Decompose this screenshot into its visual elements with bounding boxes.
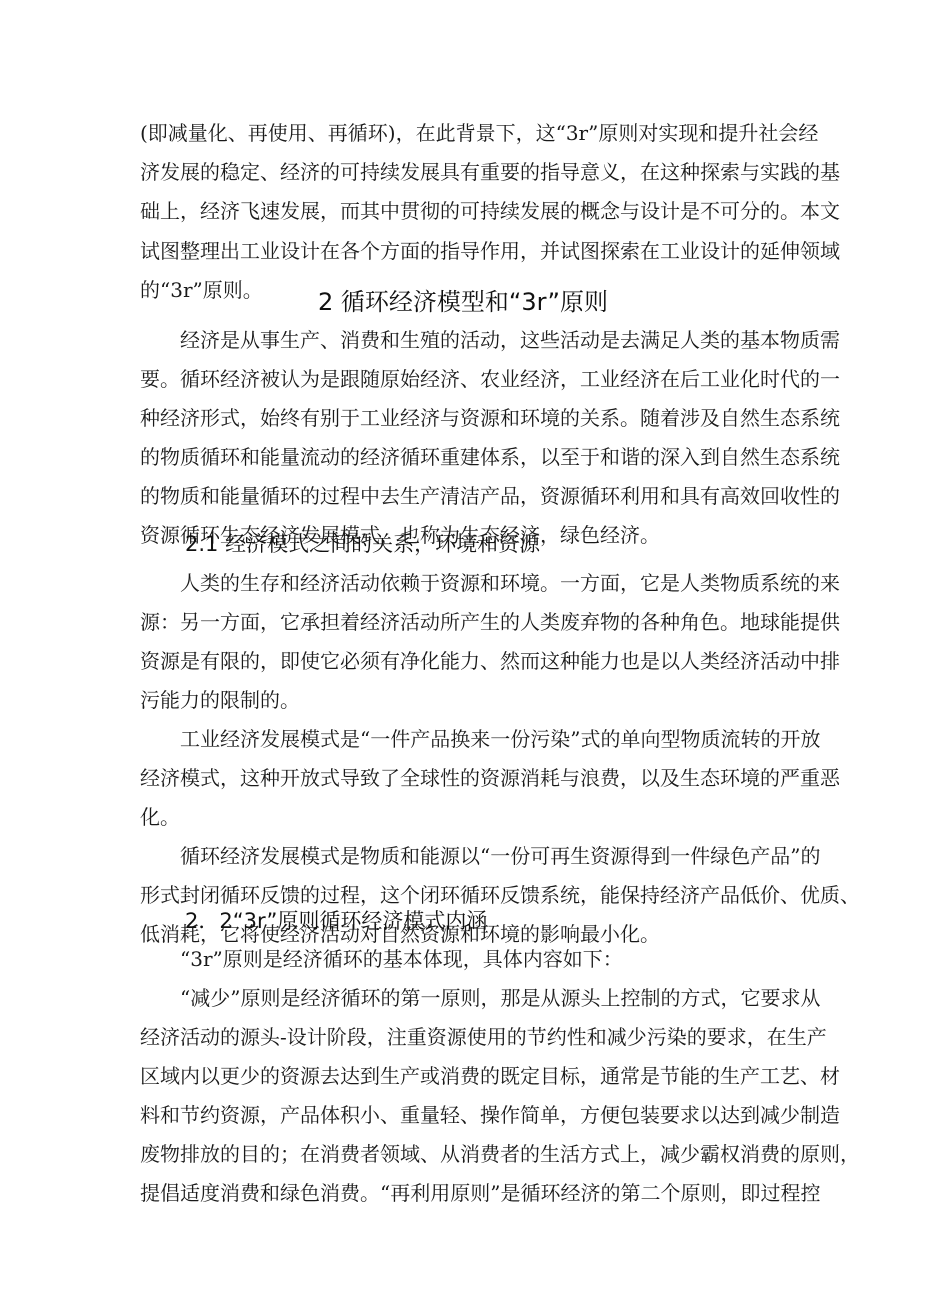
s2-para1-line-2: 要。循环经济被认为是跟随原始经济、农业经济，工业经济在后工业化时代的一 [140, 365, 792, 393]
s21-para2-line-1: 工业经济发展模式是“一件产品换来一份污染”式的单向型物质流转的开放 [180, 725, 792, 753]
s22-para2-line-2: 经济活动的源头-设计阶段，注重资源使用的节约性和减少污染的要求，在生产 [140, 1023, 792, 1051]
s22-para2-line-1: “减少”原则是经济循环的第一原则，那是从源头上控制的方式，它要求从 [180, 984, 792, 1012]
s21-para3-line-1: 循环经济发展模式是物质和能源以“一份可再生资源得到一件绿色产品”的 [180, 842, 792, 870]
intro-line-4: 试图整理出工业设计在各个方面的指导作用，并试图探索在工业设计的延伸领域 [140, 237, 792, 265]
s21-para2-line-2: 经济模式，这种开放式导致了全球性的资源消耗与浪费，以及生态环境的严重恶 [140, 764, 792, 792]
s22-para2-line-6: 提倡适度消费和绿色消费。“再利用原则”是循环经济的第二个原则，即过程控 [140, 1179, 792, 1207]
s22-para2-line-5: 废物排放的目的；在消费者领域、从消费者的生活方式上，减少霸权消费的原则， [140, 1140, 792, 1168]
section-2-heading: 2 循环经济模型和“3r”原则 [0, 286, 926, 318]
document-page: (即减量化、再使用、再循环)，在此背景下，这“3r”原则对实现和提升社会经 济发… [0, 0, 926, 1309]
s21-para3-line-2: 形式封闭循环反馈的过程，这个闭环循环反馈系统，能保持经济产品低价、优质、 [140, 881, 792, 909]
s22-para2-line-4: 料和节约资源，产品体积小、重量轻、操作简单，方便包装要求以达到减少制造 [140, 1101, 792, 1129]
intro-line-2: 济发展的稳定、经济的可持续发展具有重要的指导意义，在这种探索与实践的基 [140, 158, 792, 186]
s2-para1-line-3: 种经济形式，始终有别于工业经济与资源和环境的关系。随着涉及自然生态系统 [140, 404, 792, 432]
section-2-1-heading: 2.1 经济模式之间的关系，环境和资源 [185, 529, 540, 559]
s21-para1-line-4: 污能力的限制的。 [140, 686, 792, 714]
s2-para1-line-1: 经济是从事生产、消费和生殖的活动，这些活动是去满足人类的基本物质需 [180, 326, 792, 354]
s21-para2-line-3: 化。 [140, 803, 792, 831]
s22-para2-line-3: 区域内以更少的资源去达到生产或消费的既定目标，通常是节能的生产工艺、材 [140, 1062, 792, 1090]
intro-line-1: (即减量化、再使用、再循环)，在此背景下，这“3r”原则对实现和提升社会经 [140, 119, 792, 147]
s2-para1-line-4: 的物质循环和能量流动的经济循环重建体系，以至于和谐的深入到自然生态系统 [140, 443, 792, 471]
section-2-2-heading: 2．2“3r”原则循环经济模式内涵 [185, 906, 487, 936]
s2-para1-line-5: 的物质和能量循环的过程中去生产清洁产品，资源循环利用和具有高效回收性的 [140, 482, 792, 510]
s21-para1-line-3: 资源是有限的，即使它必须有净化能力、然而这种能力也是以人类经济活动中排 [140, 647, 792, 675]
s22-para1-line-1: “3r”原则是经济循环的基本体现，具体内容如下： [180, 945, 792, 973]
s21-para1-line-1: 人类的生存和经济活动依赖于资源和环境。一方面，它是人类物质系统的来 [180, 569, 792, 597]
intro-line-3: 础上，经济飞速发展，而其中贯彻的可持续发展的概念与设计是不可分的。本文 [140, 197, 792, 225]
s21-para1-line-2: 源：另一方面，它承担着经济活动所产生的人类废弃物的各种角色。地球能提供 [140, 608, 792, 636]
